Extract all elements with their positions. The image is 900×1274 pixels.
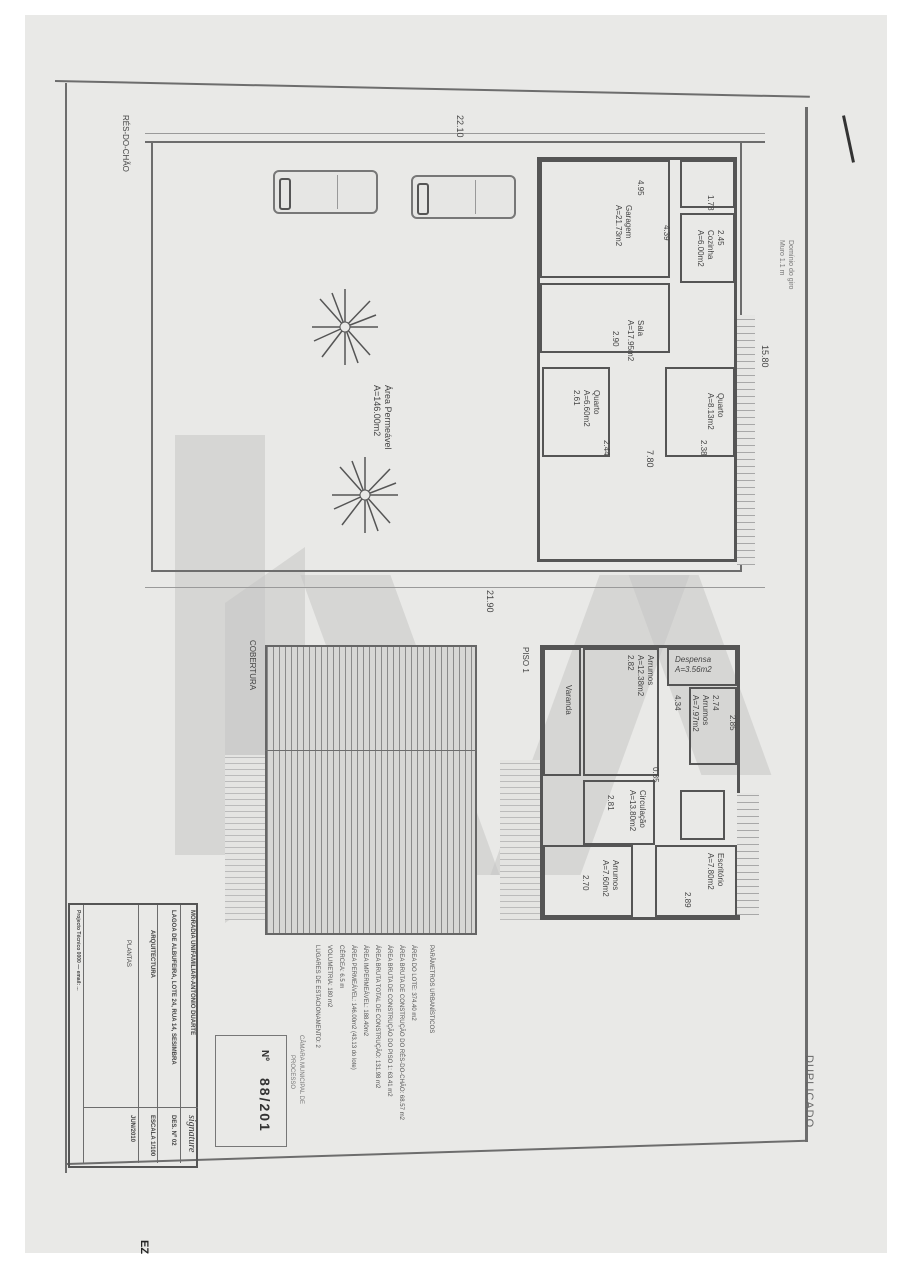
dimension-line-bottom bbox=[145, 587, 765, 588]
dim-overall-depth: 15.80 bbox=[760, 345, 770, 368]
label-arrumos-3: Arrumos A=7.60m2 bbox=[600, 860, 620, 897]
label-quarto-2: Quarto A=8.13m2 bbox=[705, 393, 725, 430]
label-quarto-1: Quarto A=6.60m2 2.61 bbox=[571, 390, 601, 427]
tb-signature: signature bbox=[186, 1115, 197, 1152]
tb-location: LAGOA DE ALBUFEIRA, LOTE 24, RUA 14, SES… bbox=[170, 910, 176, 1065]
plot-top2 bbox=[145, 141, 765, 143]
label-sala: Sala A=17.95m2 bbox=[625, 320, 645, 361]
roof-ridge bbox=[265, 750, 477, 751]
room-garagem bbox=[540, 160, 670, 278]
label-cozinha: 2.45 Cozinha A=6.00m2 bbox=[695, 230, 725, 267]
tb-row3 bbox=[138, 905, 139, 1163]
dim-wc: 1.78 bbox=[706, 195, 715, 211]
tb-col bbox=[83, 1107, 198, 1108]
tb-discipline: ARQUITECTURA bbox=[149, 930, 155, 978]
permeable-area-label: Área Permeável A=146.00m2 bbox=[371, 385, 393, 450]
stamp-number: 88/201 bbox=[257, 1078, 273, 1133]
frame-left bbox=[65, 83, 67, 1173]
margin-scratch bbox=[842, 115, 855, 163]
floor-label-first: PISO 1 bbox=[521, 647, 530, 673]
roof-eave bbox=[225, 755, 265, 920]
dim-circulacao: 2.81 bbox=[606, 795, 615, 811]
page-mark: EZ bbox=[138, 1240, 150, 1254]
label-arrumos-1: Arrumos A=12.38m2 bbox=[635, 655, 655, 696]
dim-garagem-1: 4.95 bbox=[636, 180, 645, 196]
tb-footer: Projecto Técnico 0000 — email: ... bbox=[75, 910, 81, 991]
label-garagem: Garagem A=21.73m2 bbox=[613, 205, 633, 246]
stamp-text: CÂMARA MUNICIPAL DE PROCESSO bbox=[287, 1035, 305, 1104]
tree-icon-1 bbox=[310, 287, 380, 367]
tree-icon-2 bbox=[330, 455, 400, 535]
dim-sala: 2.90 bbox=[611, 331, 620, 347]
dim-quarto-1: 2.44 bbox=[602, 440, 611, 456]
scanned-sheet: 22.10 15.80 7.80 21.90 RÉS-DO-CHÃO Área … bbox=[25, 15, 887, 1253]
floor-label-ground: RÉS-DO-CHÃO bbox=[121, 115, 130, 172]
tb-row1 bbox=[180, 905, 181, 1163]
frame-right bbox=[805, 107, 808, 1142]
neighbor-note: Domínio do giro Muro 1.1 m bbox=[777, 240, 795, 289]
plot-left bbox=[151, 141, 153, 571]
tb-owner: MORADIA UNIFAMILIAR-ANTÓNIO DUARTE bbox=[189, 910, 195, 1035]
tb-date: JUN/2010 bbox=[129, 1115, 135, 1142]
frame-top bbox=[55, 80, 810, 98]
ground-stair bbox=[737, 315, 755, 565]
label-circulacao: Circulação A=13.80m2 bbox=[627, 790, 647, 831]
tb-sheet-no: DES. Nº 02 bbox=[170, 1115, 176, 1146]
dim-arrumos-1b: 4.34 bbox=[673, 695, 682, 711]
first-floor-stair bbox=[737, 793, 759, 915]
room-sala bbox=[540, 283, 670, 353]
first-floor-balcony-edge bbox=[500, 760, 540, 920]
room-wc-first bbox=[680, 790, 725, 840]
dim-bottom-width: 21.90 bbox=[485, 590, 495, 613]
roof-label: COBERTURA bbox=[248, 640, 257, 690]
municipal-stamp bbox=[215, 1035, 287, 1147]
dim-overall-width: 22.10 bbox=[455, 115, 465, 138]
tb-scale: ESCALA 1/100 bbox=[149, 1115, 155, 1156]
dim-escritorio: 2.89 bbox=[683, 892, 692, 908]
label-varanda: Varanda bbox=[564, 685, 573, 715]
label-arrumos-2: 2.74 Arrumos A=7.97m2 bbox=[690, 695, 720, 732]
parameters-heading: PARÂMETROS URBANÍSTICOS bbox=[425, 945, 437, 1120]
dim-arrumos-1a: 2.82 bbox=[626, 655, 635, 671]
car-icon-1 bbox=[273, 170, 378, 214]
dim-circulacao-door: 0.85 bbox=[651, 767, 660, 783]
tb-row4 bbox=[83, 905, 84, 1163]
tb-sheet-title: PLANTAS bbox=[125, 940, 131, 967]
dim-quarto-2: 2.38 bbox=[699, 440, 708, 456]
room-varanda bbox=[543, 648, 581, 776]
roof-plan bbox=[265, 645, 477, 935]
plot-bottom bbox=[151, 570, 742, 572]
label-escritorio: Escritório A=7.80m2 bbox=[705, 853, 725, 890]
dim-arrumos-3: 2.70 bbox=[581, 875, 590, 891]
duplicate-mark: DUPLICADO bbox=[803, 1055, 815, 1128]
urban-parameters: PARÂMETROS URBANÍSTICOS ÁREA DO LOTE: 37… bbox=[311, 945, 437, 1120]
tb-row2 bbox=[157, 905, 158, 1163]
dim-garagem-2: 4.39 bbox=[662, 225, 671, 241]
car-icon-2 bbox=[411, 175, 516, 219]
label-despensa: Despensa A=3.56m2 bbox=[675, 655, 712, 675]
stamp-number-label: Nº bbox=[259, 1050, 270, 1061]
dim-arrumos-2: 2.85 bbox=[728, 715, 737, 731]
